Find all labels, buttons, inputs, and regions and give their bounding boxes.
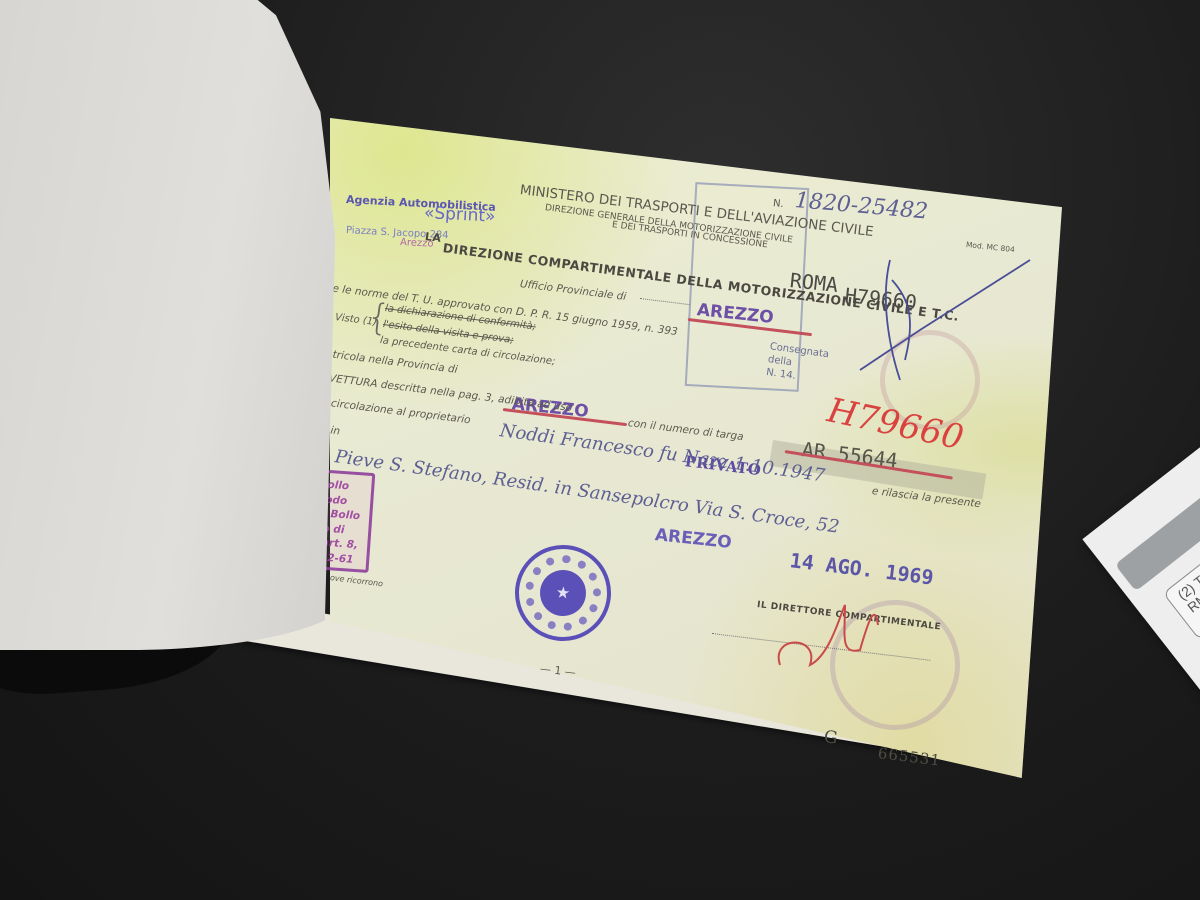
title-prefix: LA	[424, 230, 442, 245]
blue-pen-annotation	[820, 240, 1040, 410]
stamp-text-ring	[521, 551, 605, 635]
agency-stamp-name: «Sprint»	[423, 203, 495, 227]
director-signature	[760, 595, 900, 675]
blank-left-page	[0, 0, 350, 650]
registration-number-prefix: N.	[772, 198, 784, 210]
photo-scene: (2) Targa RMH79660 (1) VIN / Telaio 1686…	[0, 0, 1200, 900]
series-letter: G	[823, 727, 839, 749]
